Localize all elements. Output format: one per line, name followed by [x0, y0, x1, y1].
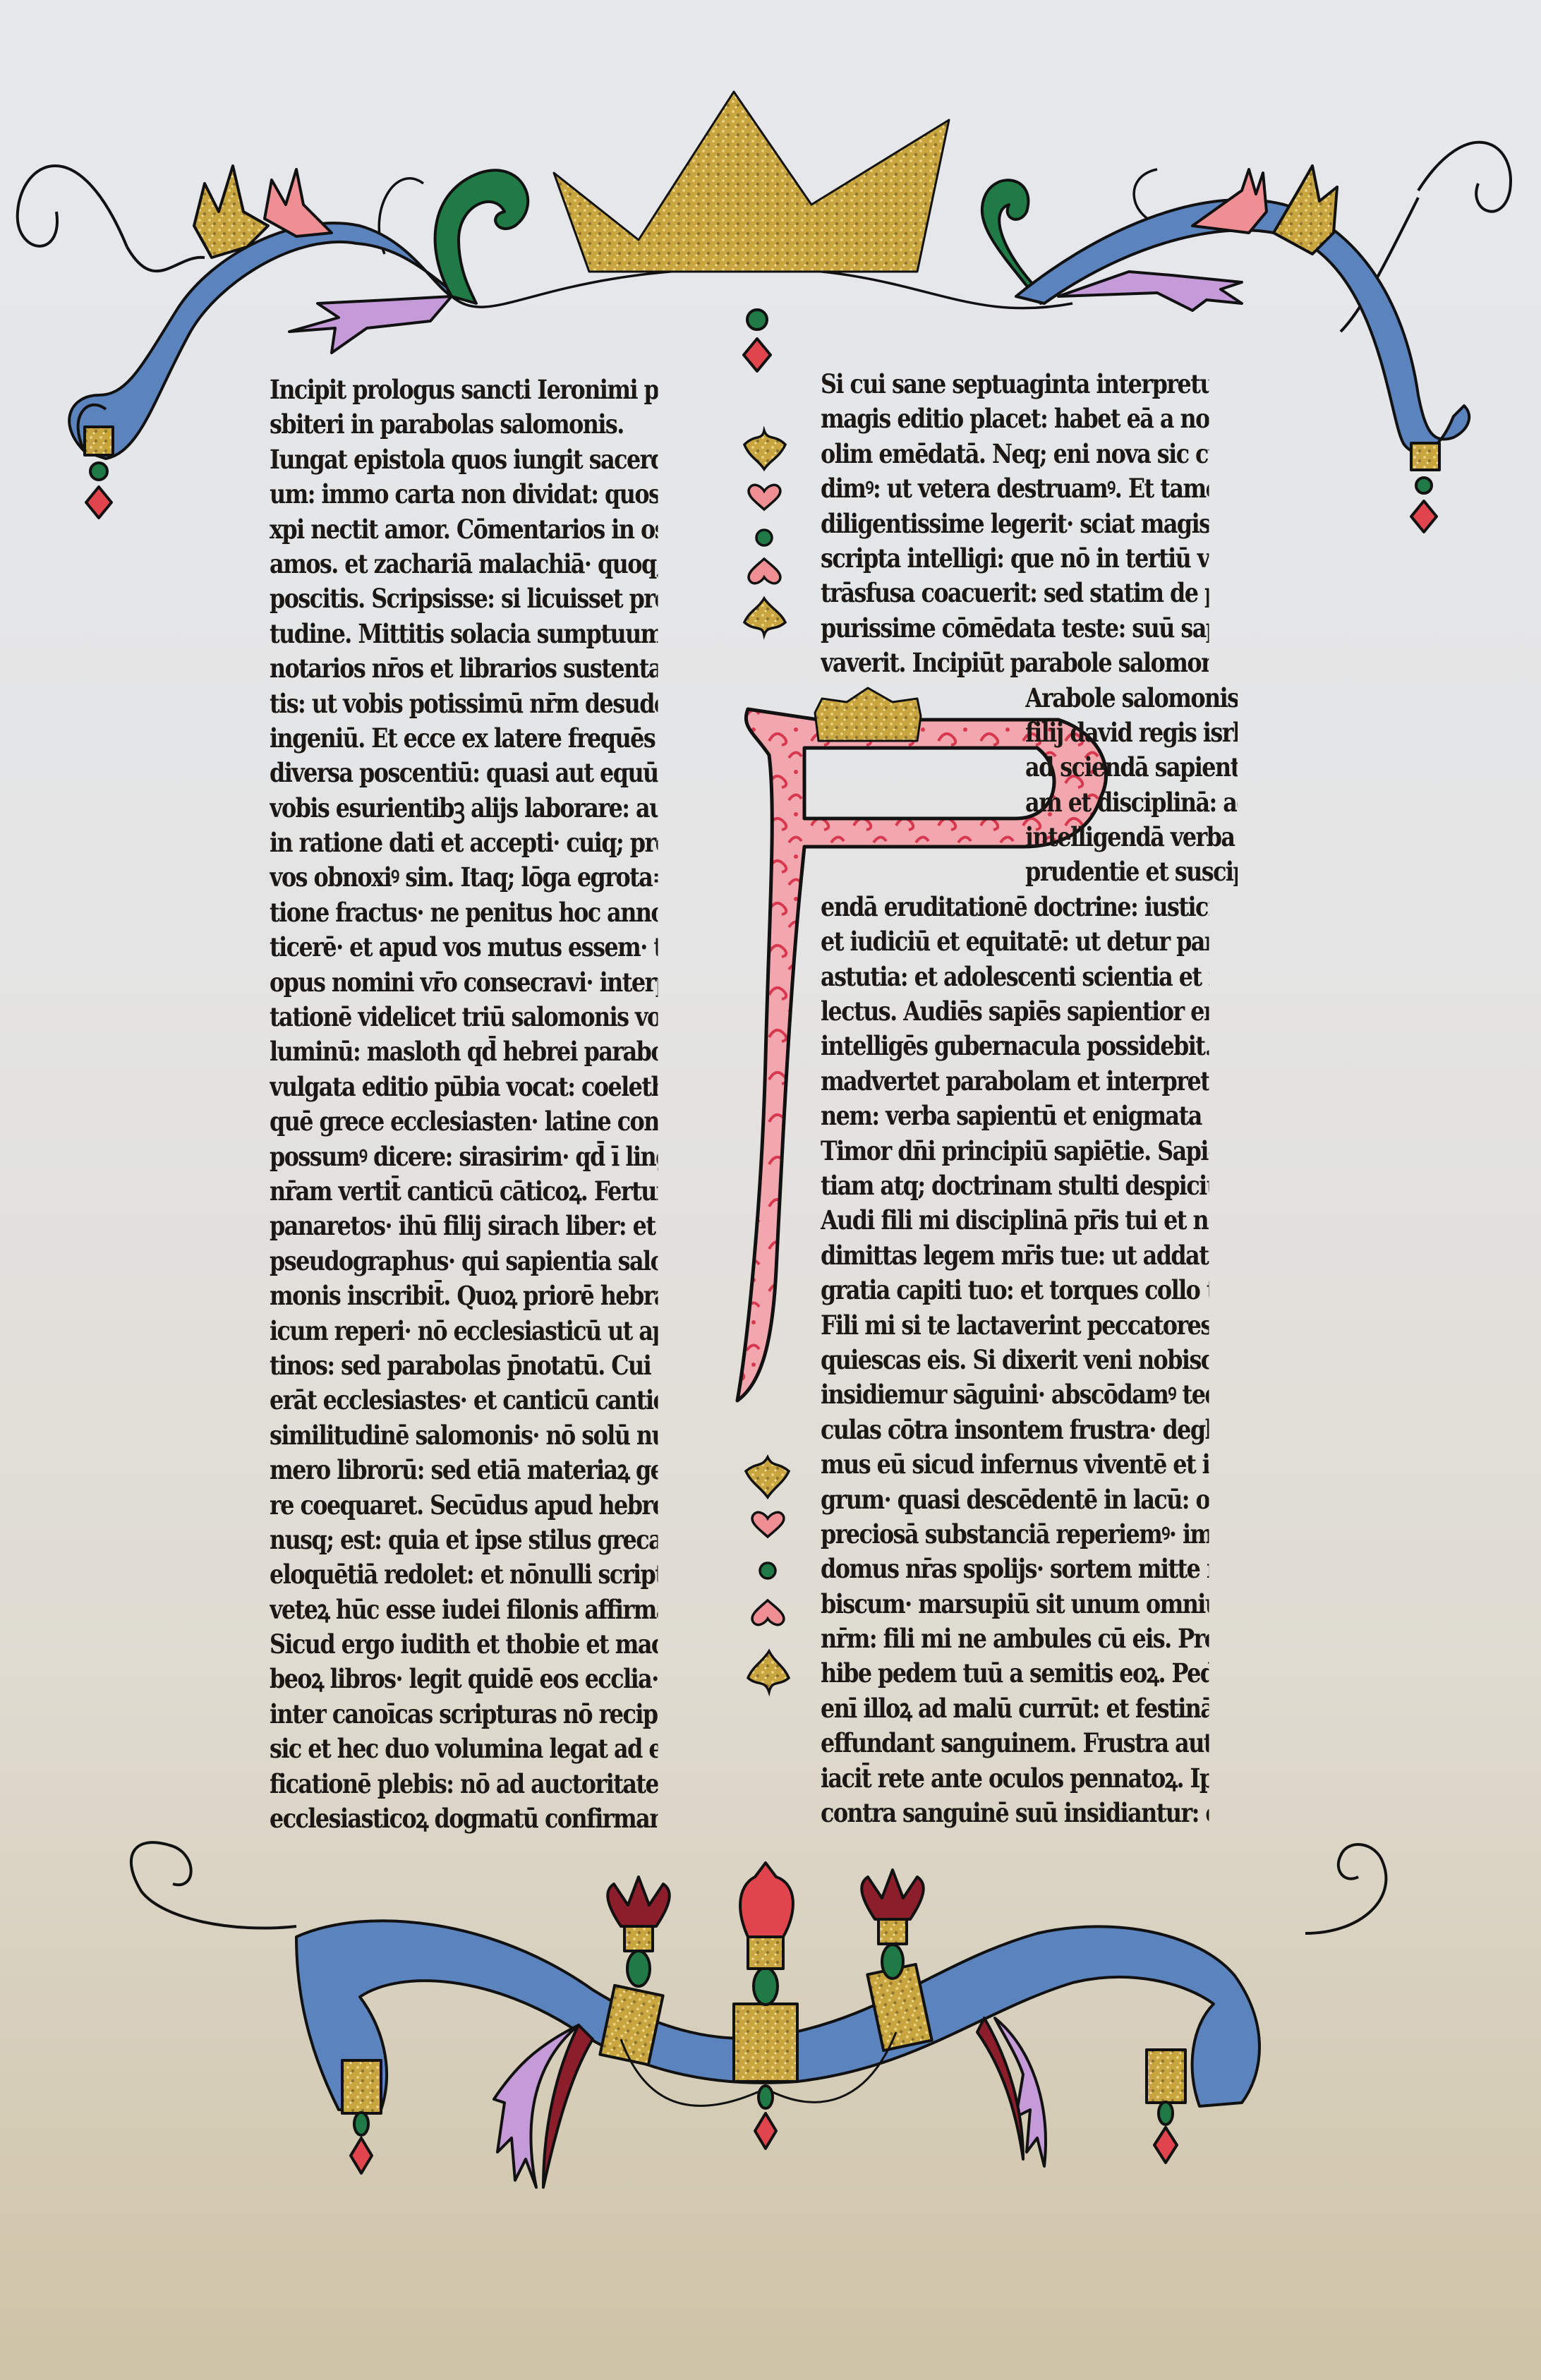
text-line: inter canoīcas scripturas nō recipit: [270, 1697, 658, 1732]
text-line: veteꝝ hūc esse iudei filonis affirmāt. [270, 1593, 658, 1627]
gutter-ornaments-upper [744, 430, 785, 635]
text-line: lectus. Audiēs sapiēs sapientior erit: e… [821, 994, 1209, 1029]
text-line: astutia: et adolescenti scientia et inte… [821, 960, 1209, 994]
text-line: effundant sanguinem. Frustra autem [821, 1726, 1209, 1760]
text-line: tinos: sed parabolas p̄notatū. Cui iūcti [270, 1348, 658, 1383]
text-line: vobis esurientibꝫ alijs laborare: aut [270, 791, 658, 826]
text-line: tione fractus· ne penitus hoc anno re= [270, 895, 658, 930]
text-line: iacit̄ rete ante oculos pennatoꝝ. Ipi q; [821, 1761, 1209, 1796]
text-line: Sicud ergo iudith et thobie et macha= [270, 1627, 658, 1662]
text-line: poscitis. Scripsisse: si licuisset pre v… [270, 581, 658, 616]
text-line: preciosā substanciā reperiemꝰ· implebimꝰ [821, 1517, 1209, 1552]
text-line: possumꝰ dicere: sirasirim· qd̄ ī linguā [270, 1140, 658, 1174]
top-border-ornament [18, 92, 1511, 532]
illumination-layer [0, 0, 1541, 2380]
text-line: eloquētiā redolet: et nōnulli scriptoꝝ [270, 1557, 658, 1592]
text-line: dimittas legem mr̄is tue: ut addatur [821, 1238, 1209, 1273]
text-line: luminū: masloth qd̄ hebrei parabolas. [270, 1034, 658, 1069]
text-line: ingeniū. Et ecce ex latere frequēs turba [270, 721, 658, 756]
text-line: tudine. Mittitis solacia sumptuum. [270, 617, 658, 651]
text-line: re coequaret. Secūdus apud hebreos [270, 1488, 658, 1523]
text-line: panaretos· ihū filij sirach liber: et al… [270, 1209, 658, 1243]
text-line: diversa poscentiū: quasi aut equū sit me [270, 756, 658, 790]
text-line: olim emēdatā. Neq; eni nova sic cu= [821, 437, 1209, 471]
text-line: similitudinē salomonis· nō solū nu= [270, 1418, 658, 1453]
text-line: erāt ecclesiastes· et canticū canticoꝝ: … [270, 1383, 658, 1418]
text-line: Audi fili mi disciplinā pr̄is tui et ne [821, 1203, 1209, 1238]
text-line: vos obnoxiꝰ sim. Itaq; lōga egrota= [270, 860, 658, 895]
text-line: gratia capiti tuo: et torques collo tuo. [821, 1273, 1209, 1307]
text-line: opus nomini vr̄o consecravi· interp= [270, 965, 658, 1000]
text-line: hibe pedem tuū a semitis eoꝝ. Pedes [821, 1656, 1209, 1691]
text-line: beoꝝ libros· legit quidē eos ecclia· sed [270, 1662, 658, 1696]
text-line: vulgata editio pūbia vocat: coeleth. [270, 1070, 658, 1104]
text-line: tiam atq; doctrinam stulti despiciūt. [821, 1168, 1209, 1203]
text-line: nr̄am vertit̄ canticū cāticoꝝ. Fertur et [270, 1174, 658, 1209]
text-line: tis: ut vobis potissimū nr̄m desudet [270, 687, 658, 721]
text-line: intelligēs gubernacula possidebit. Ani= [821, 1029, 1209, 1063]
text-line: contra sanguinē suū insidiantur: et [821, 1796, 1209, 1830]
text-line: scripta intelligi: que nō in tertiū vas [821, 541, 1209, 576]
text-line: vaverit. Incipiūt parabole salomonis. [821, 646, 1209, 680]
text-line: diligentissime legerit· sciat magis nr̄a [821, 507, 1209, 541]
text-line-beside-initial: am et disciplinā: ad [1025, 785, 1238, 820]
text-line: et iudiciū et equitatē: ut detur parvuli… [821, 924, 1209, 959]
text-line: Fili mi si te lactaverint peccatores: ne… [821, 1308, 1209, 1343]
text-line-beside-initial: Arabole salomonis [1025, 681, 1238, 715]
text-line: biscum· marsupiū sit unum omniū [821, 1587, 1209, 1621]
text-line: nem: verba sapientū et enigmata eoꝝ. [821, 1099, 1209, 1133]
bottom-border-ornament [131, 1842, 1386, 2187]
text-line: Iungat epistola quos iungit sacerdoci= [270, 442, 658, 477]
text-line: culas cōtra insontem frustra· degluti= [821, 1413, 1209, 1447]
text-line: sic et hec duo volumina legat ad edi= [270, 1732, 658, 1766]
gutter-ornaments-lower [746, 1457, 789, 1692]
text-line: grum· quasi descēdentē in lacū: omnē [821, 1482, 1209, 1517]
text-line: mus eū sicud infernus viventē et inte= [821, 1447, 1209, 1482]
text-line: mero librorū: sed etiā materiaꝝ gene= [270, 1453, 658, 1487]
text-line: quiescas eis. Si dixerit veni nobiscū· [821, 1343, 1209, 1377]
text-line: icum reperi· nō ecclesiasticū ut apud la… [270, 1314, 658, 1348]
text-line: endā eruditationē doctrine: iusticiā [821, 890, 1209, 924]
text-line: pseudographus· qui sapientia salo= [270, 1244, 658, 1279]
text-line: in ratione dati et accepti· cuiq; preter [270, 826, 658, 860]
text-line: quē grece ecclesiasten· latine concionat… [270, 1104, 658, 1139]
left-text-column: Incipit prologus sancti Ieronimi pre= sb… [270, 373, 721, 1836]
text-line: notarios nr̄os et librarios sustenta= [270, 651, 658, 686]
text-line: ficationē plebis: nō ad auctoritatem [270, 1767, 658, 1801]
text-line: sbiteri in parabolas salomonis. [270, 407, 658, 442]
manuscript-page: Incipit prologus sancti Ieronimi pre= sb… [0, 0, 1541, 2380]
text-line: monis inscribit̄. Quoꝝ priorē hebra= [270, 1279, 658, 1313]
text-line: Incipit prologus sancti Ieronimi pre= [270, 373, 658, 407]
text-line-beside-initial: filij david regis isrl: [1025, 715, 1238, 750]
text-line: trāsfusa coacuerit: sed statim de prelo [821, 576, 1209, 610]
text-line: enī illoꝝ ad malū currūt: et festināt ut [821, 1691, 1209, 1726]
text-line: Si cui sane septuaginta interpretum [821, 367, 1209, 401]
text-line: magis editio placet: habet eā a nobis [821, 401, 1209, 436]
right-text-column: Si cui sane septuaginta interpretum magi… [821, 367, 1272, 1830]
text-line: nr̄m: fili mi ne ambules cū eis. Pro= [821, 1621, 1209, 1656]
text-line: amos. et zachariā malachiā· quoq; [270, 547, 658, 581]
text-line: madvertet parabolam et interpretatio= [821, 1064, 1209, 1099]
text-line-beside-initial: ad sciendā sapienti= [1025, 750, 1238, 785]
text-line: xpi nectit amor. Cōmentarios in osee. [270, 512, 658, 547]
text-line: domus nr̄as spolijs· sortem mitte no= [821, 1552, 1209, 1586]
text-line: Timor dn̄i principiū sapiētie. Sapien= [821, 1134, 1209, 1168]
text-line: insidiemur sāguini· abscōdamꝰ tedi= [821, 1377, 1209, 1412]
text-line: dimꝰ: ut vetera destruamꝰ. Et tamē cū [821, 471, 1209, 506]
text-line-beside-initial: prudentie et suscipi= [1025, 854, 1238, 889]
text-line: um: immo carta non dividat: quos [270, 477, 658, 512]
text-line: nusq; est: quia et ipse stilus grecam [270, 1523, 658, 1557]
text-line: ticerē· et apud vos mutus essem· triduī [270, 930, 658, 965]
text-line: ecclesiasticoꝝ dogmatū confirmandam. [270, 1801, 658, 1836]
text-line: purissime cōmēdata teste: suū saporē ser… [821, 611, 1209, 646]
text-line-beside-initial: intelligendā verba [1025, 820, 1238, 854]
text-line: tationē videlicet triū salomonis vo= [270, 1000, 658, 1034]
